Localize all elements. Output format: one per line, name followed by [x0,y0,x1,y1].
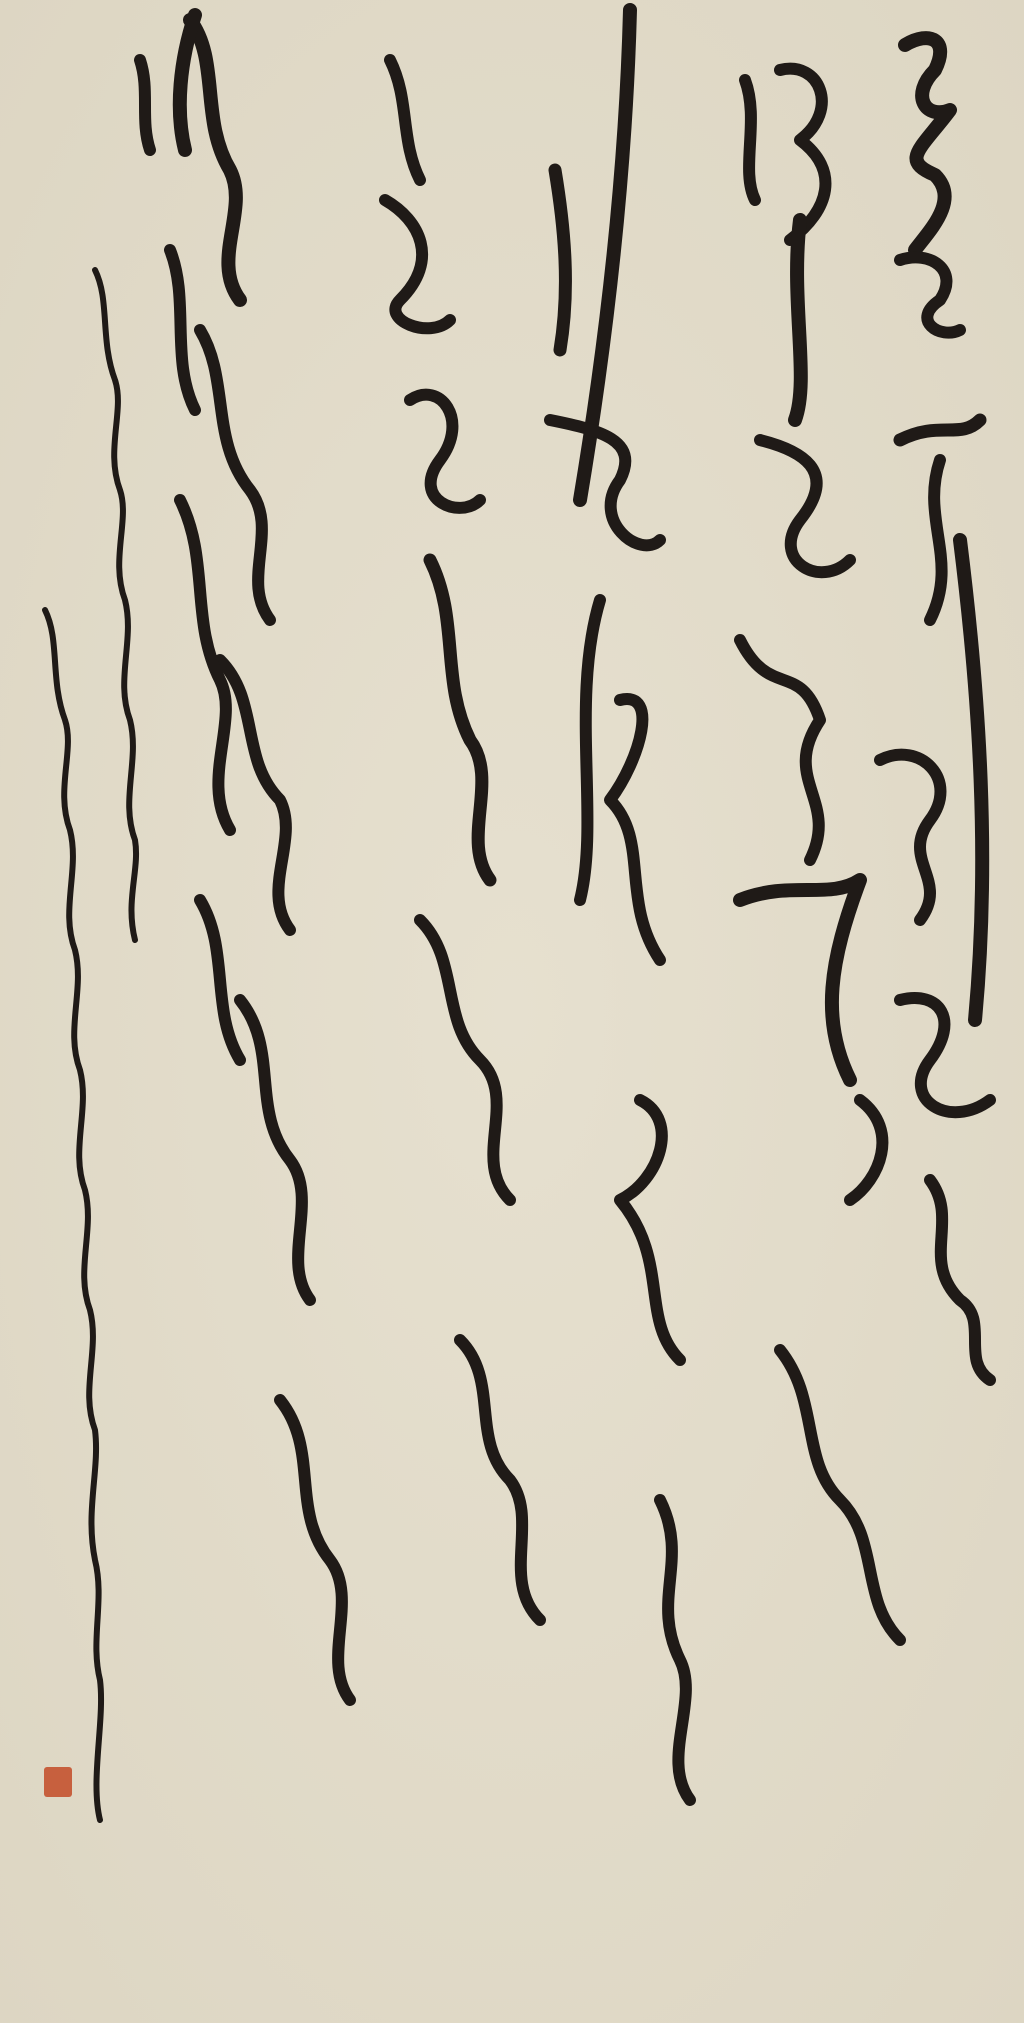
calligraphy-scroll [0,0,1024,2023]
column-2 [740,69,900,1640]
column-5 [190,20,350,1700]
column-1 [880,38,990,1380]
artist-seal [44,1767,72,1797]
calligraphy-ink [0,0,1024,2023]
column-4 [385,60,540,1620]
column-3 [550,10,690,1800]
inscription [45,270,136,1820]
